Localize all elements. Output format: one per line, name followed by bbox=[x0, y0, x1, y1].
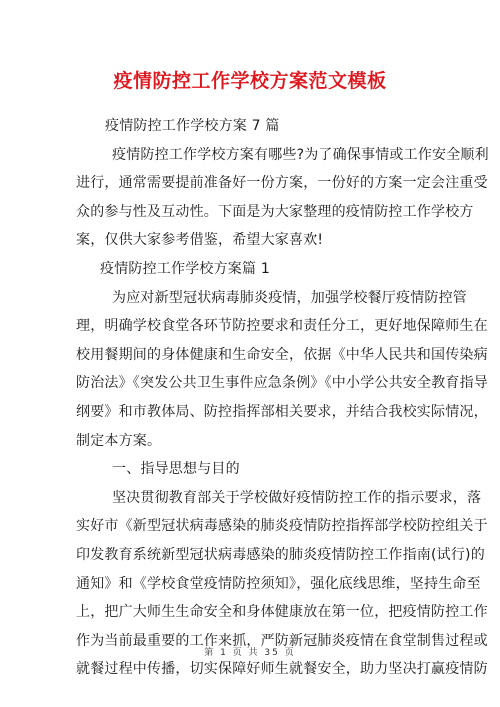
text-line: 疫情防控工作学校方案 7 篇 bbox=[105, 116, 465, 136]
text-line: 疫情防控工作学校方案篇 1 bbox=[100, 259, 460, 279]
text-line: 校用餐期间的身体健康和生命安全，依据《中华人民共和国传染病 bbox=[76, 345, 436, 365]
text-line: 实好市《新型冠状病毒感染的肺炎疫情防控指挥部学校防控组关于 bbox=[76, 516, 436, 536]
text-line: 就餐过程中传播，切实保障好师生就餐安全，助力坚决打赢疫情防 bbox=[76, 659, 436, 679]
document-title: 疫情防控工作学校方案范文模板 bbox=[0, 66, 500, 93]
text-line: 理，明确学校食堂各环节防控要求和责任分工，更好地保障师生在 bbox=[76, 316, 436, 336]
text-line: 疫情防控工作学校方案有哪些?为了确保事情或工作安全顺利 bbox=[112, 145, 472, 165]
page-footer: 第 1 页 共 35 页 bbox=[0, 645, 500, 658]
text-line: 上，把广大师生生命安全和身体健康放在第一位，把疫情防控工作 bbox=[76, 602, 436, 622]
text-line: 案，仅供大家参考借鉴，希望大家喜欢! bbox=[76, 230, 436, 250]
text-line: 制定本方案。 bbox=[76, 431, 436, 451]
text-line: 纲要》和市教体局、防控指挥部相关要求，并结合我校实际情况， bbox=[76, 402, 436, 422]
text-line: 通知》和《学校食堂疫情防控须知》，强化底线思维，坚持生命至 bbox=[76, 574, 436, 594]
text-line: 印发教育系统新型冠状病毒感染的肺炎疫情防控工作指南(试行)的 bbox=[76, 545, 436, 565]
text-line: 一、指导思想与目的 bbox=[112, 459, 472, 479]
text-line: 众的参与性及互动性。下面是为大家整理的疫情防控工作学校方 bbox=[76, 202, 436, 222]
text-line: 防治法》《突发公共卫生事件应急条例》《中小学公共安全教育指导 bbox=[76, 373, 436, 393]
text-line: 进行，通常需要提前准备好一份方案，一份好的方案一定会注重受 bbox=[76, 173, 436, 193]
text-line: 为应对新型冠状病毒肺炎疫情，加强学校餐厅疫情防控管 bbox=[112, 288, 472, 308]
text-line: 坚决贯彻教育部关于学校做好疫情防控工作的指示要求，落 bbox=[112, 488, 472, 508]
